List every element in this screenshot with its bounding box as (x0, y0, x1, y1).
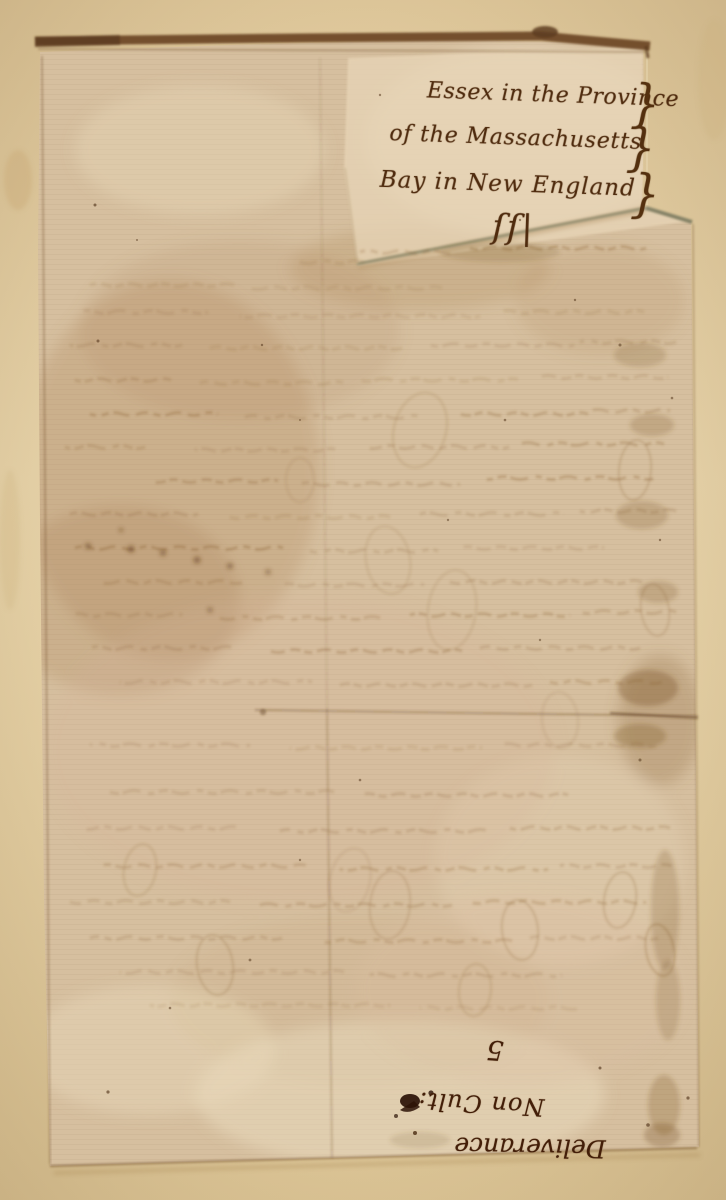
jurat-line-3: Bay in New England (379, 167, 636, 202)
endorsement-name: Deliverance (446, 1125, 615, 1172)
jurat-caption: Essex in the Province of the Massachuset… (371, 77, 687, 278)
brace-glyph: } (630, 167, 661, 220)
scilicet-mark: ſſ| (492, 207, 536, 248)
jurat-line-2: of the Massachusetts (389, 121, 642, 155)
manuscript-photo: Essex in the Province of the Massachuset… (0, 0, 726, 1200)
docket-number: 5 (477, 1029, 514, 1071)
